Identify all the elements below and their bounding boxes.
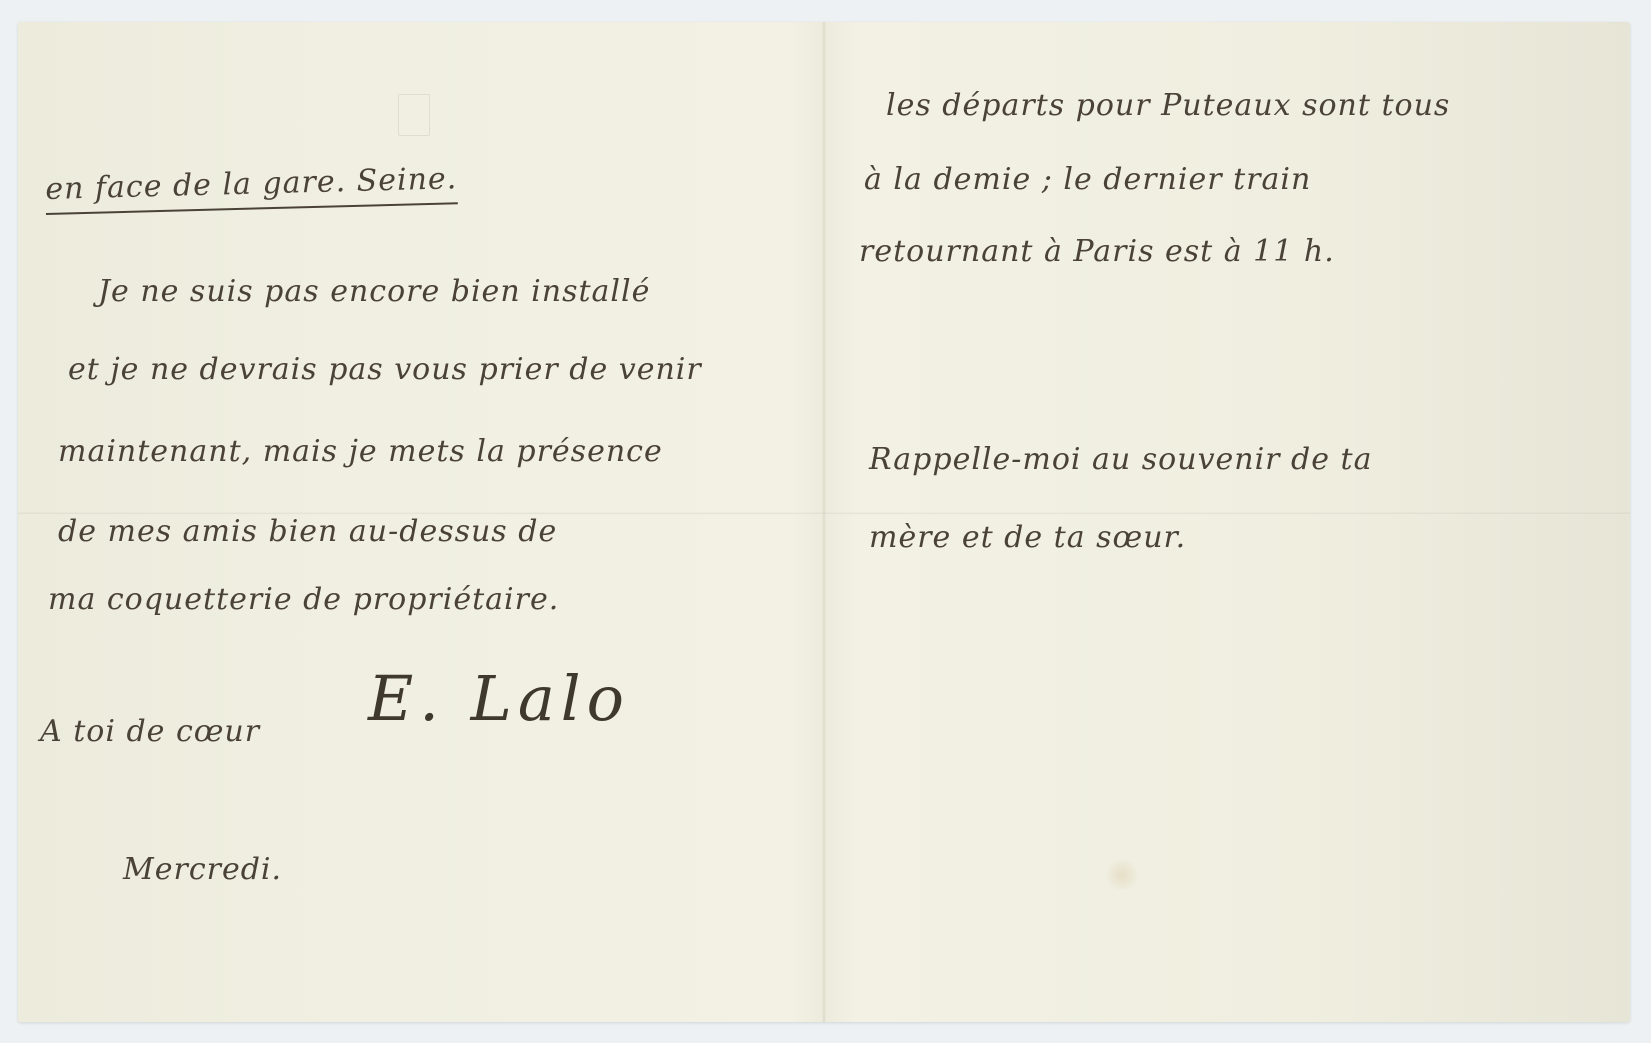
postscript-line-2: mère et de ta sœur. xyxy=(869,520,1186,555)
left-page: en face de la gare. Seine. Je ne suis pa… xyxy=(18,22,824,1022)
closing-phrase: A toi de cœur xyxy=(40,714,260,749)
body-line-7: à la demie ; le dernier train xyxy=(864,162,1311,197)
body-line-1: Je ne suis pas encore bien installé xyxy=(98,274,650,309)
letter-date: Mercredi. xyxy=(123,852,282,887)
body-line-4: de mes amis bien au-dessus de xyxy=(58,514,557,549)
postscript-line-1: Rappelle-moi au souvenir de ta xyxy=(869,442,1373,477)
body-line-3: maintenant, mais je mets la présence xyxy=(58,434,663,469)
body-line-5: ma coquetterie de propriétaire. xyxy=(48,582,559,617)
right-page: les départs pour Puteaux sont tous à la … xyxy=(824,22,1630,1022)
body-line-6: les départs pour Puteaux sont tous xyxy=(886,88,1450,123)
body-line-2: et je ne devrais pas vous prier de venir xyxy=(68,352,702,387)
signature: E. Lalo xyxy=(368,662,630,735)
letter-sheet: en face de la gare. Seine. Je ne suis pa… xyxy=(18,22,1630,1022)
body-line-8: retournant à Paris est à 11 h. xyxy=(859,234,1335,269)
letter-heading: en face de la gare. Seine. xyxy=(45,161,458,215)
